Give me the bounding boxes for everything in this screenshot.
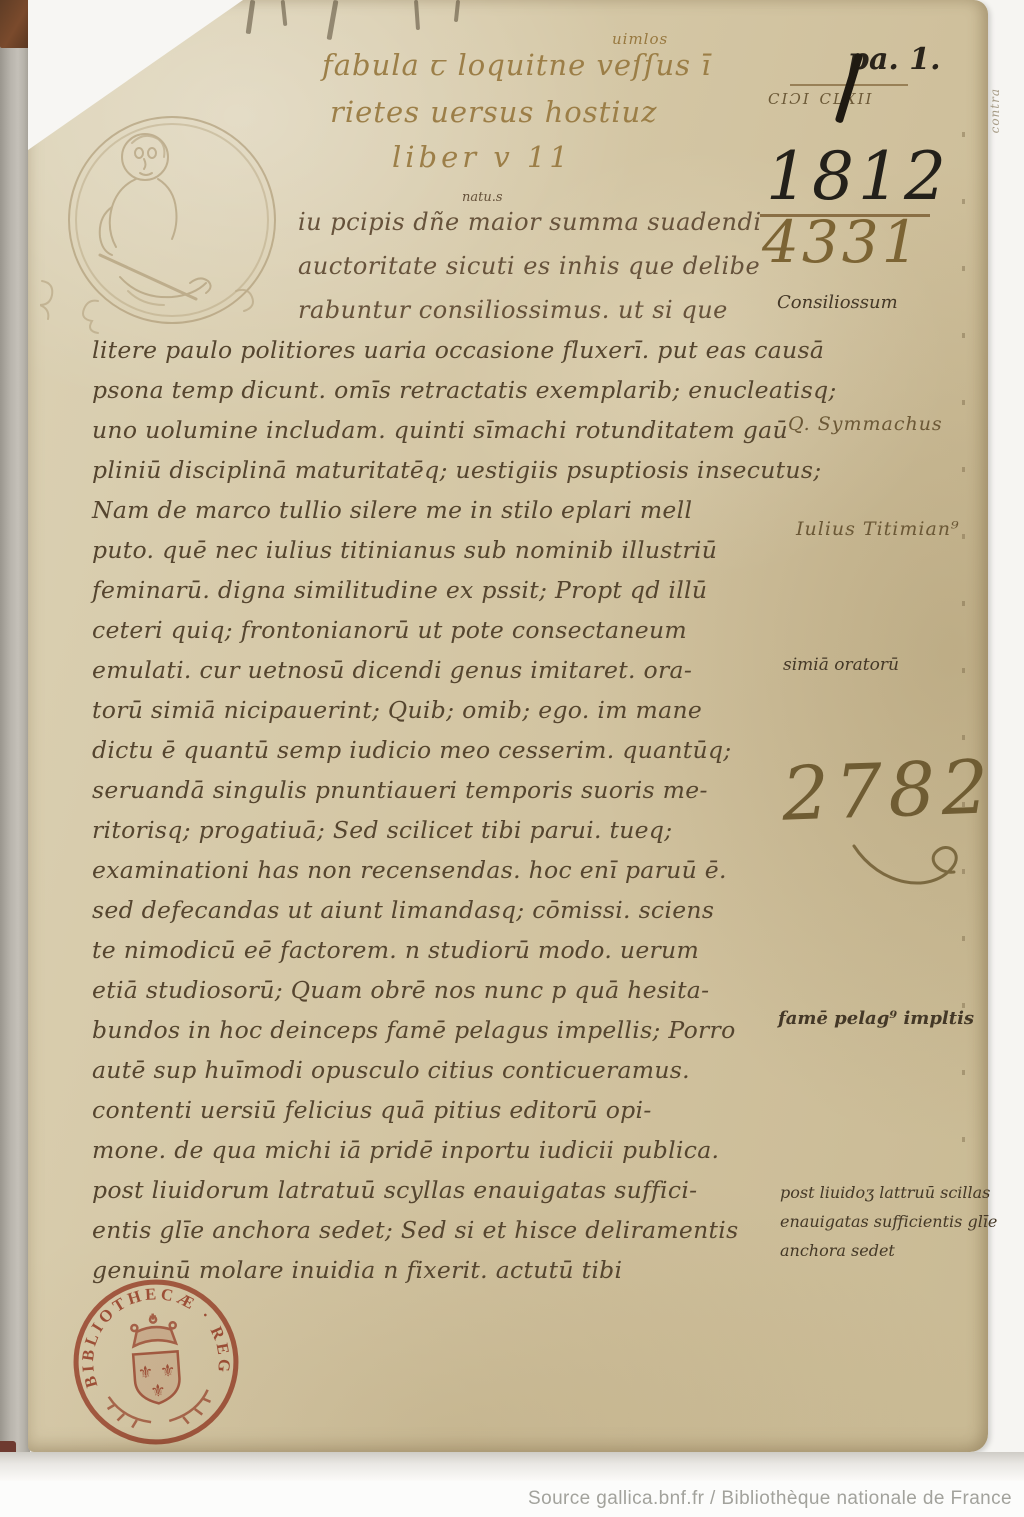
header-scribble-line2: rietes uersus hostiuz — [330, 95, 657, 129]
manuscript-line: rabuntur consiliossimus. ut si que — [298, 288, 768, 332]
manuscript-line: seruandā singulis pnuntiaueri temporis s… — [92, 770, 782, 810]
manuscript-line: dictu ē quantū semp iudicio meo cesserim… — [92, 730, 782, 770]
shelfmark-4331: 4331 — [762, 208, 922, 276]
margin-note-symmachus: Q. Symmachus — [788, 413, 943, 435]
manuscript-line: auctoritate sicuti es inhis que delibe — [298, 244, 768, 288]
manuscript-line: emulati. cur uetnosū dicendi genus imita… — [92, 650, 782, 690]
manuscript-line: iu pcipis dñe maior summa suadendi — [298, 200, 768, 244]
manuscript-line: contenti uersiū felicius quā pitius edit… — [92, 1090, 782, 1130]
manuscript-line: litere paulo politiores uaria occasione … — [92, 330, 782, 370]
manuscript-line: ritorisq; progatiuā; Sed scilicet tibi p… — [92, 810, 782, 850]
shelfmark-2782: 2782 — [781, 744, 996, 837]
manuscript-line: Nam de marco tullio silere me in stilo e… — [92, 490, 782, 530]
manuscript-line: torū simiā nicipauerint; Quib; omib; ego… — [92, 690, 782, 730]
margin-note-line: enauigatas sufficientis glīe — [780, 1207, 997, 1236]
margin-note-simia: simiā oratorū — [783, 655, 899, 675]
margin-note-consiliossum: Consiliossum — [777, 292, 898, 313]
shelfmark-1812: 1812 — [766, 138, 950, 215]
fleur-de-lis-icon: ⚜ — [137, 1362, 154, 1383]
bibliotheca-regia-stamp: BIBLIOTHECÆ · REGIÆ ⚜ ⚜ ⚜ — [64, 1270, 248, 1454]
margin-note-titimianus: Iulius Titimian⁹ — [796, 518, 960, 540]
margin-note-line: post liuidoʒ lattruū scillas — [780, 1178, 997, 1207]
manuscript-intro-lines: iu pcipis dñe maior summa suadendiauctor… — [298, 200, 768, 332]
fleur-de-lis-icon: ⚜ — [150, 1381, 167, 1402]
manuscript-line: examinationi has non recensendas. hoc en… — [92, 850, 782, 890]
margin-note-anchora: post liuidoʒ lattruū scillasenauigatas s… — [780, 1178, 997, 1265]
manuscript-line: psona temp dicunt. omīs retractatis exem… — [92, 370, 782, 410]
manuscript-line: entis glīe anchora sedet; Sed si et hisc… — [92, 1210, 782, 1250]
header-scribble-line3: liber v 11 — [392, 140, 572, 174]
manuscript-line: uno uolumine includam. quinti sīmachi ro… — [92, 410, 782, 450]
manuscript-line: autē sup huīmodi opusculo citius conticu… — [92, 1050, 782, 1090]
book-bottom-edge — [0, 1452, 1024, 1481]
gallica-manuscript-scan: fabula ꞇ loquitne veſſus ī uimlos pa. 1.… — [0, 0, 1024, 1517]
manuscript-line: sed defecandas ut aiunt limandasq; cōmis… — [92, 890, 782, 930]
manuscript-line: te nimodicū eē factorem. n studiorū modo… — [92, 930, 782, 970]
manuscript-line: ceteri quiq; frontonianorū ut pote conse… — [92, 610, 782, 650]
fleur-de-lis-icon: ⚜ — [159, 1361, 176, 1382]
margin-note-fame-pelagus: famē pelag⁹ impltis — [778, 1008, 974, 1029]
header-scribble-superscript: uimlos — [612, 30, 668, 48]
medallion-figure-drawing — [40, 95, 300, 345]
manuscript-line: feminarū. digna similitudine ex pssit; P… — [92, 570, 782, 610]
manuscript-photo: fabula ꞇ loquitne veſſus ī uimlos pa. 1.… — [0, 0, 1024, 1481]
gallica-footer-bar: Source gallica.bnf.fr / Bibliothèque nat… — [0, 1481, 1024, 1517]
manuscript-line: mone. de qua michi iā pridē inportu iudi… — [92, 1130, 782, 1170]
margin-note-line: anchora sedet — [780, 1236, 997, 1265]
header-scribble-line1: fabula ꞇ loquitne veſſus ī — [322, 48, 712, 82]
manuscript-line: puto. quē nec iulius titinianus sub nomi… — [92, 530, 782, 570]
fore-edge-stitches — [962, 70, 965, 1150]
manuscript-line: etiā studiosorū; Quam obrē nos nunc p qu… — [92, 970, 782, 1010]
shelfmark-roman-numeral: ciɔi clxii — [768, 85, 873, 109]
manuscript-line: post liuidorum latratuū scyllas enauigat… — [92, 1170, 782, 1210]
manuscript-line: bundos in hoc deinceps famē pelagus impe… — [92, 1010, 782, 1050]
manuscript-line: pliniū disciplinā maturitatēq; uestigiis… — [92, 450, 782, 490]
source-attribution: Source gallica.bnf.fr / Bibliothèque nat… — [528, 1488, 1024, 1510]
book-binding-edge — [0, 0, 30, 1452]
manuscript-body-lines: litere paulo politiores uaria occasione … — [92, 330, 782, 1290]
flourish-under-2782 — [850, 838, 980, 908]
fore-edge-note: contra — [988, 88, 1002, 133]
